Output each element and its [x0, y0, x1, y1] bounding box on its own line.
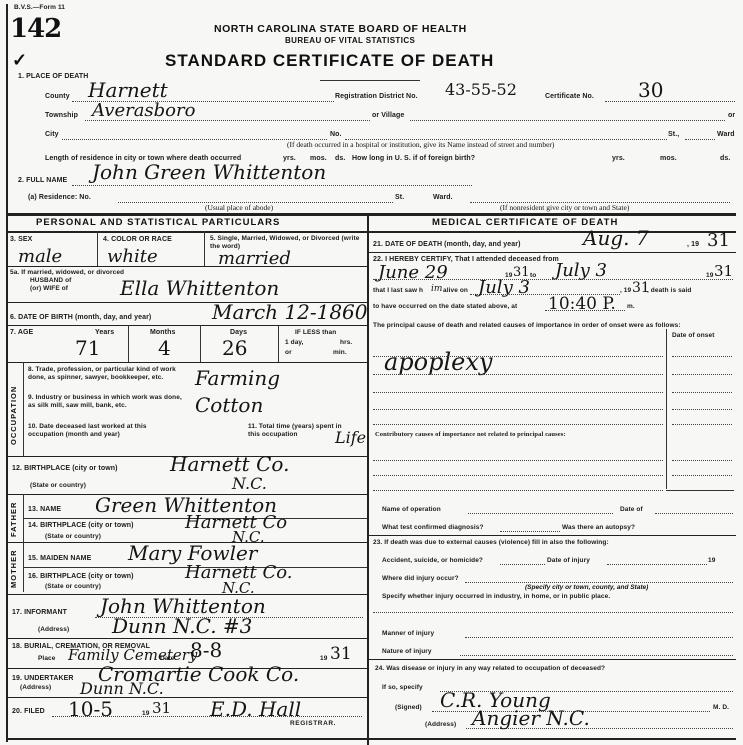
where-injury-label: Where did injury occur? — [382, 575, 459, 582]
industry-note: Specify whether injury occurred in indus… — [382, 593, 610, 600]
occupation-vertical-label: OCCUPATION — [9, 386, 18, 445]
filed-label: 20. FILED — [12, 708, 45, 715]
onset-label: Date of onset — [672, 332, 714, 339]
agency-title: NORTH CAROLINA STATE BOARD OF HEALTH — [214, 23, 467, 35]
sex-label: 3. SEX — [10, 236, 32, 243]
full-name-value: John Green Whittenton — [92, 160, 326, 184]
attended-from-value: June 29 — [378, 262, 448, 283]
city-label: City — [45, 131, 59, 138]
death-time-value: 10:40 P. — [548, 294, 616, 314]
registrar-name-value: E.D. Hall — [210, 697, 301, 721]
full-name-label: 2. FULL NAME — [18, 177, 67, 184]
mother-birthplace-label: 16. BIRTHPLACE (city or town) — [28, 573, 134, 580]
autopsy-label: Was there an autopsy? — [562, 524, 635, 531]
dod-value: Aug. 7 — [583, 226, 649, 250]
mother-vertical-label: MOTHER — [9, 550, 18, 589]
if-so-label: If so, specify — [382, 684, 423, 691]
cause-value: apoplexy — [384, 348, 492, 376]
last-saw-date-value: July 3 — [478, 277, 530, 298]
physician-address-value: Angier N.C. — [472, 706, 590, 730]
dob-label: 6. DATE OF BIRTH (month, day, and year) — [10, 314, 151, 321]
total-time-label: 11. Total time (years) spent in this occ… — [248, 423, 343, 439]
certificate-value: 30 — [638, 78, 663, 102]
race-label: 4. COLOR OR RACE — [103, 236, 172, 243]
filed-date-value: 10-5 — [68, 697, 113, 721]
certificate-label: Certificate No. — [545, 93, 594, 100]
place-of-death-label: 1. PLACE OF DEATH — [18, 73, 88, 80]
filed-year-value: 31 — [152, 699, 171, 717]
nature-label: Nature of injury — [382, 648, 432, 655]
residence-label: (a) Residence: No. — [28, 194, 91, 201]
dob-value: March 12-1860 — [212, 300, 368, 324]
informant-label: 17. INFORMANT — [12, 609, 67, 616]
township-value: Averasboro — [92, 100, 195, 121]
manner-label: Manner of injury — [382, 630, 434, 637]
undertaker-address-value: Dunn N.C. — [80, 679, 164, 698]
undertaker-label: 19. UNDERTAKER — [12, 675, 74, 682]
registration-district-label: Registration District No. — [335, 93, 418, 100]
hospital-note: (If death occurred in a hospital or inst… — [287, 140, 554, 149]
registrar-label: REGISTRAR. — [290, 720, 336, 727]
page-title: STANDARD CERTIFICATE OF DEATH — [165, 51, 494, 71]
birthplace-label: 12. BIRTHPLACE (city or town) — [12, 465, 118, 472]
last-saw-him-value: im — [431, 284, 442, 294]
birthplace-city-value: Harnett Co. — [170, 452, 289, 476]
contributory-label: Contributory causes of importance not re… — [375, 430, 655, 439]
external-causes-label: 23. If death was due to external causes … — [373, 539, 609, 546]
age-years-value: 71 — [75, 336, 100, 360]
checkmark-icon: ✓ — [12, 50, 27, 71]
accident-label: Accident, suicide, or homicide? — [382, 557, 483, 564]
last-worked-label: 10. Date deceased last worked at this oc… — [28, 423, 178, 439]
stamp-number: 142 — [10, 14, 61, 44]
bureau-title: BUREAU OF VITAL STATISTICS — [285, 36, 415, 45]
foreign-birth-label: How long in U. S. if of foreign birth? — [352, 155, 475, 162]
burial-date-value: 8-8 — [190, 638, 222, 662]
personal-section-title: PERSONAL AND STATISTICAL PARTICULARS — [36, 217, 280, 228]
column-divider — [367, 213, 369, 745]
father-birthplace-label: 14. BIRTHPLACE (city or town) — [28, 522, 134, 529]
sex-value: male — [18, 246, 62, 267]
father-name-label: 13. NAME — [28, 506, 61, 513]
spouse-value: Ella Whittenton — [120, 276, 279, 300]
signed-label: (Signed) — [395, 704, 422, 711]
mother-name-label: 15. MAIDEN NAME — [28, 555, 91, 562]
dod-year-value: 31 — [707, 230, 730, 251]
industry-label: 9. Industry or business in which work wa… — [28, 394, 188, 410]
death-certificate: B.V.S.—Form 11 142 ✓ NORTH CAROLINA STAT… — [0, 0, 743, 745]
father-vertical-label: FATHER — [9, 502, 18, 537]
race-value: white — [107, 246, 158, 267]
trade-value: Farming — [195, 366, 280, 390]
trade-label: 8. Trade, profession, or particular kind… — [28, 366, 188, 382]
operation-label: Name of operation — [382, 506, 441, 513]
county-label: County — [45, 93, 70, 100]
county-value: Harnett — [88, 78, 168, 102]
age-label: 7. AGE — [10, 329, 33, 336]
occupation-related-label: 24. Was disease or injury in any way rel… — [375, 665, 605, 672]
informant-address-value: Dunn N.C. #3 — [112, 614, 252, 638]
township-label: Township — [45, 112, 78, 119]
total-time-value: Life — [335, 428, 366, 447]
village-label: or Village — [372, 112, 404, 119]
burial-year-value: 31 — [330, 644, 352, 664]
industry-value: Cotton — [195, 393, 263, 417]
attended-to-year: 31 — [714, 262, 733, 280]
dod-label: 21. DATE OF DEATH (month, day, and year) — [373, 241, 521, 248]
left-border — [6, 4, 8, 742]
attended-to-value: July 3 — [555, 260, 607, 281]
form-code: B.V.S.—Form 11 — [14, 4, 65, 11]
registration-district-value: 43-55-52 — [445, 80, 517, 99]
diagnosis-label: What test confirmed diagnosis? — [382, 524, 484, 531]
age-days-value: 26 — [222, 336, 247, 360]
birthplace-state-value: N.C. — [232, 474, 267, 493]
cause-label: The principal cause of death and related… — [373, 321, 735, 330]
age-months-value: 4 — [158, 336, 171, 360]
